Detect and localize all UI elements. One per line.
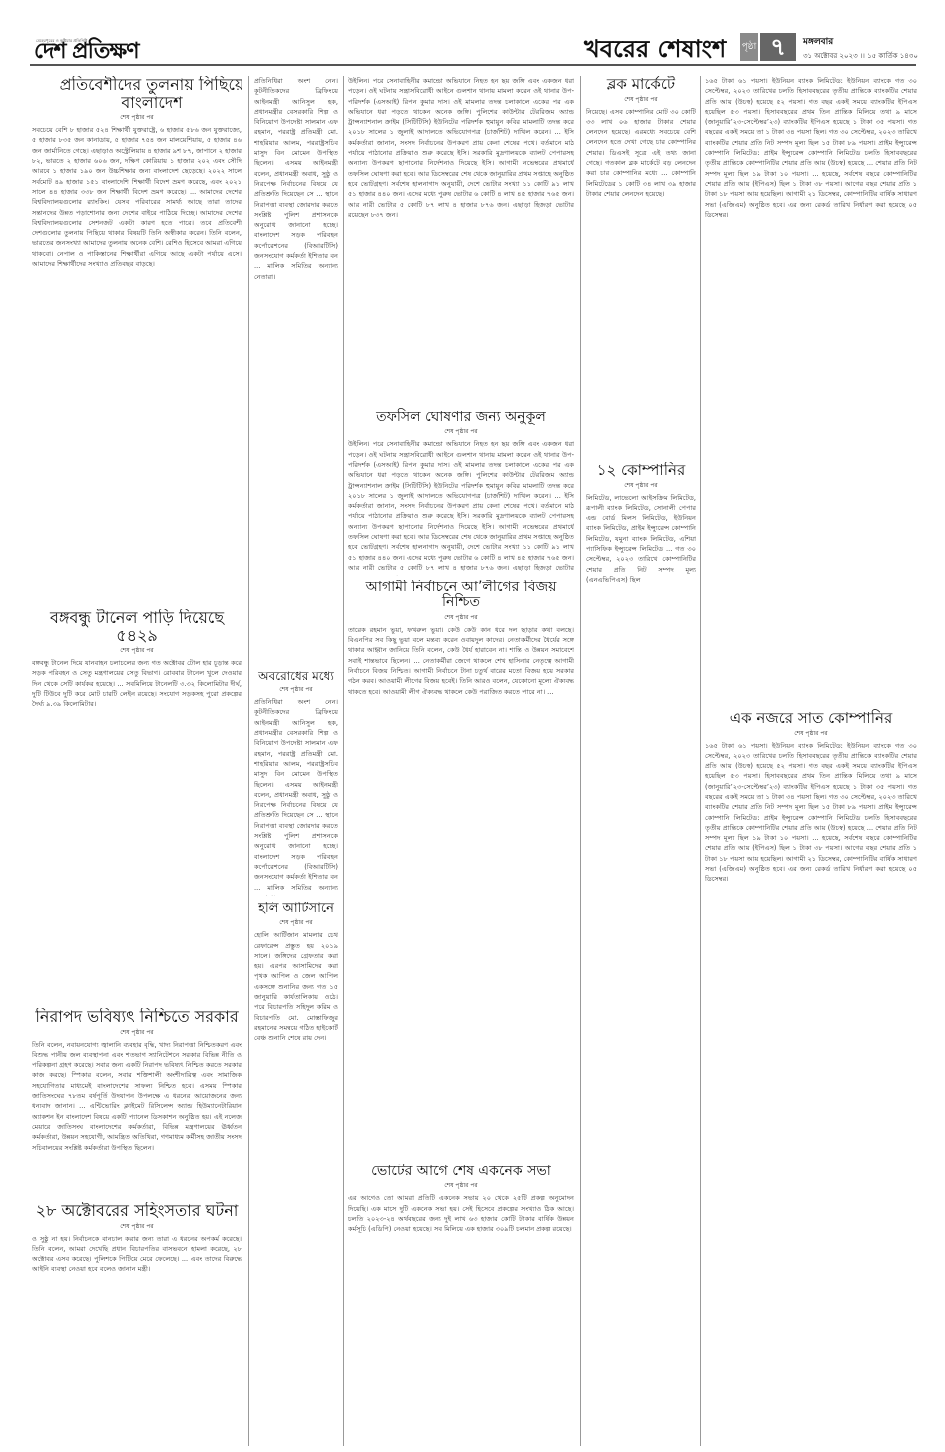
newspaper-logo[interactable]: দেশ প্রতিক্ষণ	[34, 42, 139, 62]
section-title: খবরের শেষাংশ	[584, 36, 726, 62]
article-safe-future: নিরাপদ ভবিষ্যৎ নিশ্চিতে সরকার শেষ পৃষ্ঠা…	[32, 1008, 242, 1198]
column-divider	[580, 76, 581, 1446]
article-schedule: উইলিন। পরে সেনাবাহিনীর কমান্ডো অভিযানে ন…	[348, 76, 574, 576]
article-ecnec: ভোটের আগে শেষ একনেক সভা শেষ পৃষ্ঠার পর এ…	[348, 1164, 574, 1444]
continued-label: শেষ পৃষ্ঠার পর	[32, 645, 242, 656]
article-headline[interactable]: হলি আর্টিসানে	[254, 902, 338, 916]
continued-label: শেষ পৃষ্ঠার পর	[32, 112, 242, 123]
masthead: মেহেরপুরের ও কৃষ্টিয়ার প্রতিনিধি দেশ প্…	[0, 0, 945, 62]
column-center: উইলিন। পরে সেনাবাহিনীর কমান্ডো অভিযানে ন…	[348, 76, 574, 1446]
article-headline[interactable]: নিরাপদ ভবিষ্যৎ নিশ্চিতে সরকার	[32, 1008, 242, 1026]
article-block-market: ব্লক মার্কেটে শেষ পৃষ্ঠার পর নিয়েছে। এস…	[586, 76, 696, 456]
publication-day: মঙ্গলবার	[803, 34, 833, 49]
article-headline[interactable]: তফসিল ঘোষণার জন্য অনুকূল	[348, 410, 574, 425]
article-body: ও সুষ্ঠু না হয়। নির্বাচনকে বানচাল করার …	[32, 1234, 242, 1275]
continued-label: শেষ পৃষ্ঠার পর	[348, 426, 574, 437]
article-blockade: প্রতিনিধিরা অংশ নেন। কূটনীতিকদের ব্রিফিং…	[254, 76, 338, 896]
article-oct28-violence: ২৮ অক্টোবরের সহিংসতার ঘটনা শেষ পৃষ্ঠার প…	[32, 1202, 242, 1442]
column-divider	[343, 76, 344, 1446]
column-middle-narrow: প্রতিনিধিরা অংশ নেন। কূটনীতিকদের ব্রিফিং…	[254, 76, 338, 1446]
continued-label: শেষ পৃষ্ঠার পর	[254, 684, 338, 695]
article-body: প্রতিনিধিরা অংশ নেন। কূটনীতিকদের ব্রিফিং…	[254, 697, 338, 896]
article-body: নিয়েছে। এসব কোম্পানির মোট ৩০ কোটি ৩৩ লা…	[586, 107, 696, 200]
article-holey-artisan: হলি আর্টিসানে শেষ পৃষ্ঠার পর হোলি আর্টিজ…	[254, 902, 338, 1442]
column-left: প্রতিবেশীদের তুলনায় পিছিয়ে বাংলাদেশ শে…	[32, 76, 242, 1446]
continued-label: শেষ পৃষ্ঠার পর	[586, 94, 696, 105]
article-body: এর আগেও তো আমরা প্রতিটি একনেক সভায় ২০ থ…	[348, 1193, 574, 1234]
continued-label: শেষ পৃষ্ঠার পর	[348, 1180, 574, 1191]
article-body: হোলি আর্টিজান মামলার চেথ রেফারেন্স প্রস্…	[254, 930, 338, 1043]
page-number: ৭	[760, 33, 796, 61]
continued-label: শেষ পৃষ্ঠার পর	[254, 917, 338, 928]
article-body-continued: প্রতিনিধিরা অংশ নেন। কূটনীতিকদের ব্রিফিং…	[254, 76, 338, 666]
article-body: তিনি বলেন, নবায়নযোগ্য জ্বালানি ব্যবহার …	[32, 1040, 242, 1153]
publication-date: ৩১ অক্টোবর ২০২৩ ।। ১৫ কার্তিক ১৪৩০	[803, 50, 918, 62]
article-neighbors: প্রতিবেশীদের তুলনায় পিছিয়ে বাংলাদেশ শে…	[32, 76, 242, 601]
article-headline[interactable]: প্রতিবেশীদের তুলনায় পিছিয়ে বাংলাদেশ	[32, 76, 242, 111]
article-headline[interactable]: আগামী নির্বাচনে আ’লীগের বিজয় নিশ্চিত	[348, 580, 574, 611]
article-tunnel: বঙ্গবন্ধু টানেল পাড়ি দিয়েছে ৫৪২৯ শেষ প…	[32, 609, 242, 1004]
article-body: উইলিন। পরে সেনাবাহিনীর কমান্ডো অভিযানে ন…	[348, 439, 574, 576]
column-divider	[700, 76, 701, 1446]
article-body: লিমিটেড, লাভেলো আইসক্রিম লিমিটেড, রূপালী…	[586, 493, 696, 586]
article-headline[interactable]: ভোটের আগে শেষ একনেক সভা	[348, 1164, 574, 1179]
article-awami-league: আগামী নির্বাচনে আ’লীগের বিজয় নিশ্চিত শে…	[348, 580, 574, 1160]
article-headline[interactable]: অবরোধের মধ্যে	[254, 670, 338, 683]
column-divider	[248, 76, 249, 1446]
article-headline[interactable]: ২৮ অক্টোবরের সহিংসতার ঘটনা	[32, 1202, 242, 1220]
continued-label: শেষ পৃষ্ঠার পর	[705, 728, 917, 739]
article-headline[interactable]: এক নজরে সাত কোম্পানির	[705, 710, 917, 727]
header-divider	[30, 64, 916, 66]
continued-label: শেষ পৃষ্ঠার পর	[32, 1221, 242, 1232]
continued-label: শেষ পৃষ্ঠার পর	[586, 480, 696, 491]
column-right: ১৬৫ টাকা ৬১ পয়সা। ইউনিয়ন ব্যাংক লিমিটে…	[705, 76, 917, 1446]
article-body-continued: উইলিন। পরে সেনাবাহিনীর কমান্ডো অভিযানে ন…	[348, 76, 574, 406]
article-12-companies: ১২ কোম্পানির শেষ পৃষ্ঠার পর লিমিটেড, লাভ…	[586, 462, 696, 1442]
continued-label: শেষ পৃষ্ঠার পর	[348, 612, 574, 623]
article-headline[interactable]: ব্লক মার্কেটে	[586, 76, 696, 93]
article-body-continued: ১৬৫ টাকা ৬১ পয়সা। ইউনিয়ন ব্যাংক লিমিটে…	[705, 76, 917, 706]
page-label: পৃষ্ঠা	[740, 33, 758, 61]
article-headline[interactable]: ১২ কোম্পানির	[586, 462, 696, 479]
article-seven-companies: ১৬৫ টাকা ৬১ পয়সা। ইউনিয়ন ব্যাংক লিমিটে…	[705, 76, 917, 1436]
article-body: বঙ্গবন্ধু টানেল দিয়ে যানবাহন চলাচলের জন…	[32, 658, 242, 709]
continued-label: শেষ পৃষ্ঠার পর	[32, 1027, 242, 1038]
article-body: ১৬৫ টাকা ৬১ পয়সা। ইউনিয়ন ব্যাংক লিমিটে…	[705, 741, 917, 885]
column-right-narrow: ব্লক মার্কেটে শেষ পৃষ্ঠার পর নিয়েছে। এস…	[586, 76, 696, 1446]
article-body: সবচেয়ে বেশি ৮ হাজার ৫২৪ শিক্ষার্থী যুক্…	[32, 125, 242, 269]
article-headline[interactable]: বঙ্গবন্ধু টানেল পাড়ি দিয়েছে ৫৪২৯	[32, 609, 242, 644]
article-body: তারেক রহমান ভুয়া, ফখরুল ভুয়া। কেউ কেউ …	[348, 625, 574, 697]
